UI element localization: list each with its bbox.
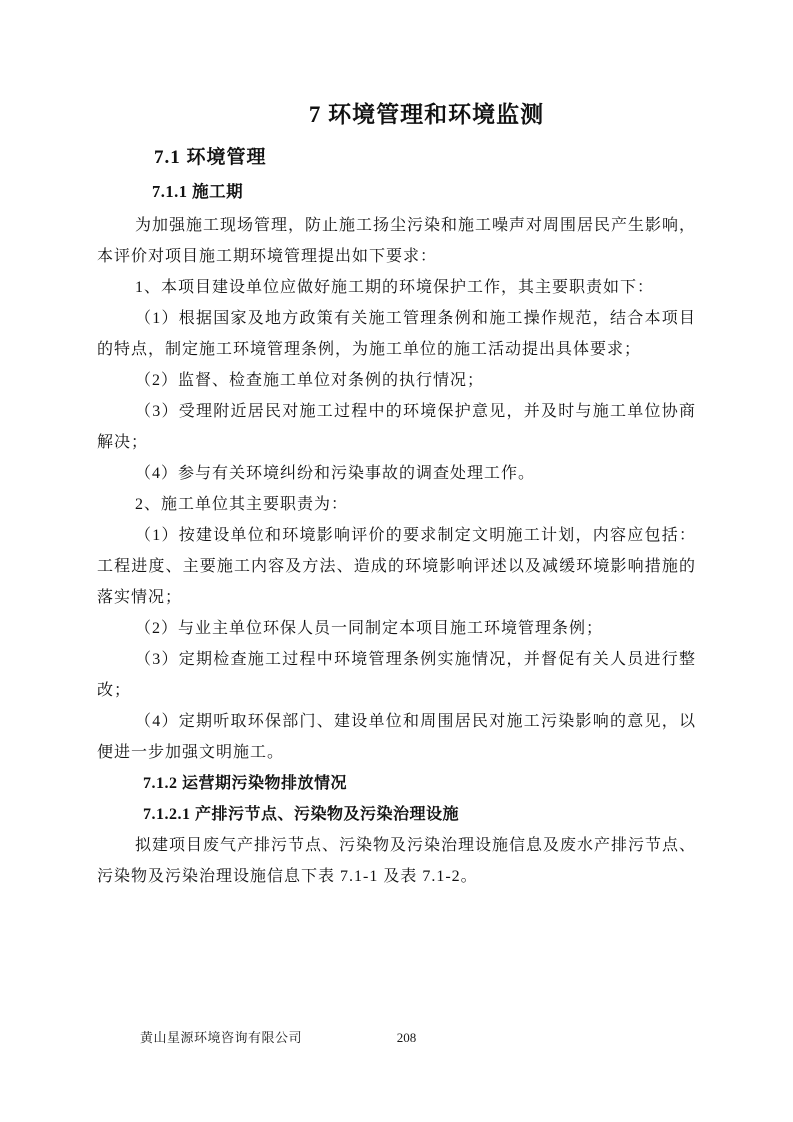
paragraph-item-1-1: （1）根据国家及地方政策有关施工管理条例和施工操作规范，结合本项目的特点，制定施…	[97, 303, 696, 365]
paragraph-item-2-4: （4）定期听取环保部门、建设单位和周围居民对施工污染影响的意见，以便进一步加强文…	[97, 706, 696, 768]
paragraph-item-2-3: （3）定期检查施工过程中环境管理条例实施情况，并督促有关人员进行整改；	[97, 644, 696, 706]
section-heading-7-1-2-1: 7.1.2.1 产排污节点、污染物及污染治理设施	[97, 799, 696, 830]
paragraph-item-1: 1、本项目建设单位应做好施工期的环境保护工作，其主要职责如下：	[97, 272, 696, 303]
document-page: 7 环境管理和环境监测 7.1 环境管理 7.1.1 施工期 为加强施工现场管理…	[0, 0, 793, 1122]
paragraph-item-1-2: （2）监督、检查施工单位对条例的执行情况；	[97, 365, 696, 396]
paragraph-table-reference: 拟建项目废气产排污节点、污染物及污染治理设施信息及废水产排污节点、污染物及污染治…	[97, 830, 696, 892]
paragraph-item-1-3: （3）受理附近居民对施工过程中的环境保护意见，并及时与施工单位协商解决；	[97, 396, 696, 458]
paragraph-item-2-2: （2）与业主单位环保人员一同制定本项目施工环境管理条例；	[97, 613, 696, 644]
page-footer: 黄山星源环境咨询有限公司 208	[0, 1030, 793, 1046]
footer-page-number: 208	[0, 1030, 793, 1046]
paragraph-intro: 为加强施工现场管理，防止施工扬尘污染和施工噪声对周围居民产生影响，本评价对项目施…	[97, 210, 696, 272]
chapter-title: 7 环境管理和环境监测	[97, 100, 696, 130]
paragraph-item-1-4: （4）参与有关环境纠纷和污染事故的调查处理工作。	[97, 458, 696, 489]
paragraph-item-2-1: （1）按建设单位和环境影响评价的要求制定文明施工计划，内容应包括：工程进度、主要…	[97, 520, 696, 613]
section-heading-7-1-2: 7.1.2 运营期污染物排放情况	[97, 768, 696, 799]
paragraph-item-2: 2、施工单位其主要职责为：	[97, 489, 696, 520]
section-heading-7-1-1: 7.1.1 施工期	[97, 178, 696, 206]
footer-company-name: 黄山星源环境咨询有限公司	[140, 1030, 302, 1046]
section-heading-7-1: 7.1 环境管理	[97, 144, 696, 172]
